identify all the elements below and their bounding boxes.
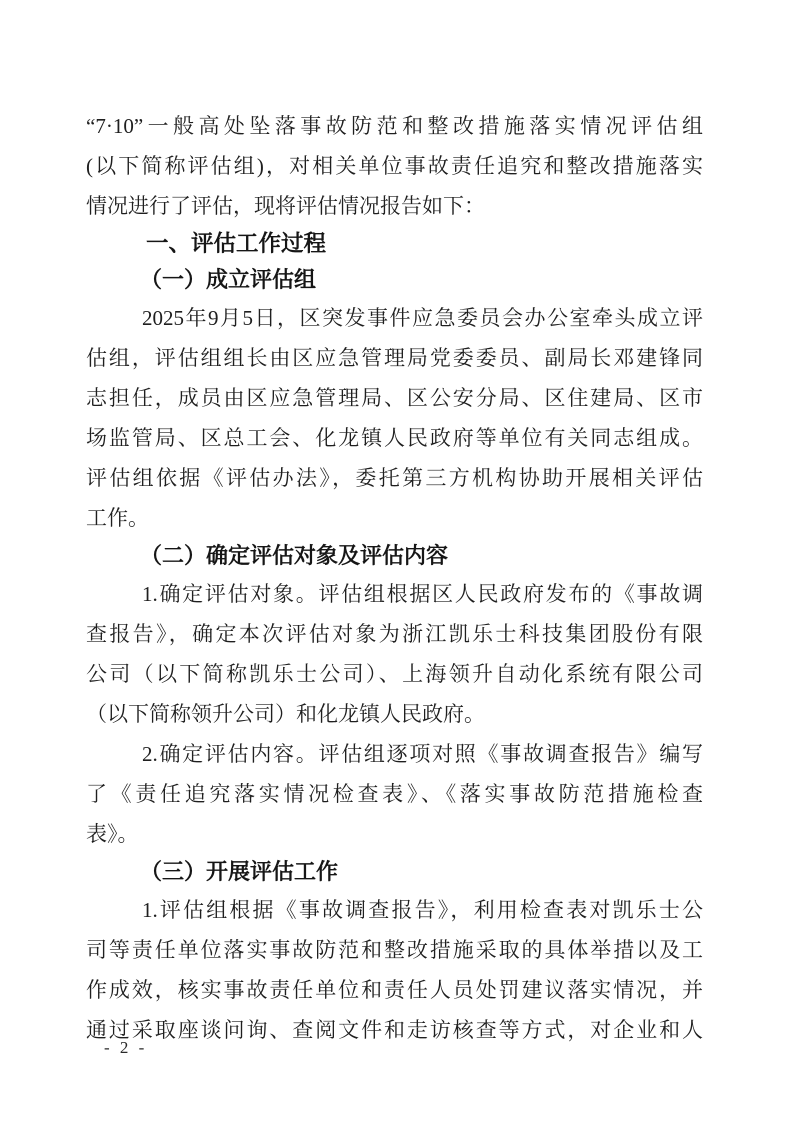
text-line: 评估组依据《评估办法》，委托第三方机构协助开展相关评估 xyxy=(86,458,703,498)
paragraph: 1.评估组根据《事故调查报告》，利用检查表对凯乐士公司等责任单位落实事故防范和整… xyxy=(86,890,703,1050)
text-line: 作成效，核实事故责任单位和责任人员处罚建议落实情况，并 xyxy=(86,970,703,1010)
text-line: 查报告》，确定本次评估对象为浙江凯乐士科技集团股份有限 xyxy=(86,614,703,654)
section-heading: （一）成立评估组 xyxy=(86,262,703,298)
text-line: 志担任，成员由区应急管理局、区公安分局、区住建局、区市 xyxy=(86,378,703,418)
section-heading: （二）确定评估对象及评估内容 xyxy=(86,538,703,574)
text-line: （以下简称领升公司）和化龙镇人民政府。 xyxy=(86,694,703,734)
section-heading: 一、评估工作过程 xyxy=(86,226,703,262)
text-line: 1.评估组根据《事故调查报告》，利用检查表对凯乐士公 xyxy=(86,890,703,930)
paragraph: “7·10”一般高处坠落事故防范和整改措施落实情况评估组(以下简称评估组)，对相… xyxy=(86,106,703,226)
text-line: （三）开展评估工作 xyxy=(86,854,703,890)
document-body: “7·10”一般高处坠落事故防范和整改措施落实情况评估组(以下简称评估组)，对相… xyxy=(86,106,703,1050)
paragraph: 2.确定评估内容。评估组逐项对照《事故调查报告》编写了《责任追究落实情况检查表》… xyxy=(86,734,703,854)
paragraph: 2025年9月5日，区突发事件应急委员会办公室牵头成立评估组，评估组组长由区应急… xyxy=(86,298,703,538)
text-line: 2.确定评估内容。评估组逐项对照《事故调查报告》编写 xyxy=(86,734,703,774)
text-line: 情况进行了评估，现将评估情况报告如下： xyxy=(86,186,703,226)
text-line: 估组，评估组组长由区应急管理局党委委员、副局长邓建锋同 xyxy=(86,338,703,378)
text-line: (以下简称评估组)，对相关单位事故责任追究和整改措施落实 xyxy=(86,146,703,186)
document-page: “7·10”一般高处坠落事故防范和整改措施落实情况评估组(以下简称评估组)，对相… xyxy=(0,0,794,1122)
text-line: 公司（以下简称凯乐士公司）、上海领升自动化系统有限公司 xyxy=(86,654,703,694)
text-line: 一、评估工作过程 xyxy=(86,226,703,262)
text-line: “7·10”一般高处坠落事故防范和整改措施落实情况评估组 xyxy=(86,106,703,146)
text-line: （二）确定评估对象及评估内容 xyxy=(86,538,703,574)
text-line: 2025年9月5日，区突发事件应急委员会办公室牵头成立评 xyxy=(86,298,703,338)
text-line: 表》。 xyxy=(86,814,703,854)
text-line: 1.确定评估对象。评估组根据区人民政府发布的《事故调 xyxy=(86,574,703,614)
text-line: （一）成立评估组 xyxy=(86,262,703,298)
paragraph: 1.确定评估对象。评估组根据区人民政府发布的《事故调查报告》，确定本次评估对象为… xyxy=(86,574,703,734)
section-heading: （三）开展评估工作 xyxy=(86,854,703,890)
page-number: - 2 - xyxy=(104,1038,147,1058)
text-line: 了《责任追究落实情况检查表》、《落实事故防范措施检查 xyxy=(86,774,703,814)
text-line: 工作。 xyxy=(86,498,703,538)
text-line: 场监管局、区总工会、化龙镇人民政府等单位有关同志组成。 xyxy=(86,418,703,458)
text-line: 通过采取座谈问询、查阅文件和走访核查等方式，对企业和人 xyxy=(86,1010,703,1050)
text-line: 司等责任单位落实事故防范和整改措施采取的具体举措以及工 xyxy=(86,930,703,970)
